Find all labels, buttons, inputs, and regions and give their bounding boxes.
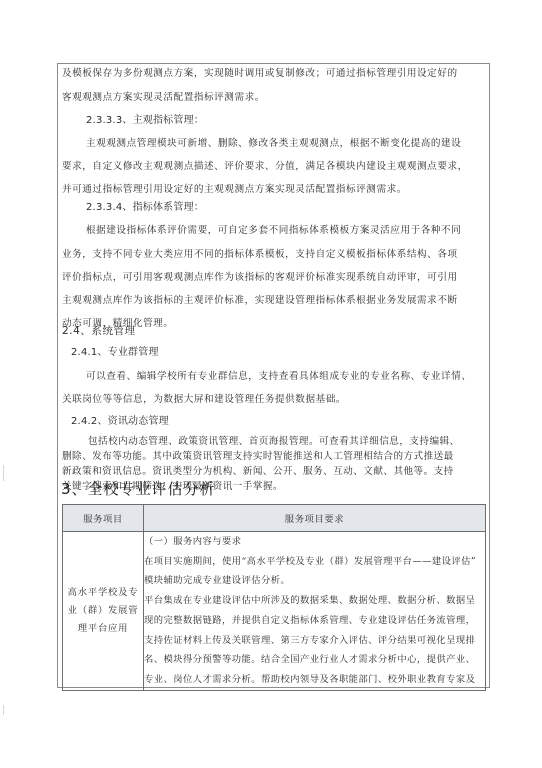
requirement-line: 名、模块得分预警等功能。结合全国产业行业人才需求分析中心，提供产业、 (144, 650, 485, 670)
paragraph-line: 业务，支持不同专业大类应用不同的指标体系模板，支持自定义模板指标体系结构、各项 (62, 248, 458, 261)
paragraph-line: 关联岗位等等信息，为数据大屏和建设管理任务提供数据基础。 (62, 393, 346, 406)
table-row: 高水平学校及专 业（群）发展管 理平台应用 （一）服务内容与要求 在项目实施期间… (63, 532, 486, 691)
service-requirements-table: 服务项目 服务项目要求 高水平学校及专 业（群）发展管 理平台应用 （一）服务内… (62, 504, 486, 691)
subheading-2-4-1: 2.4.1、专业群管理 (71, 346, 159, 359)
scan-edge-mark (3, 705, 4, 715)
paragraph-line: 及模板保存为多份观测点方案，实现随时调用或复制修改；可通过指标管理引用设定好的 (62, 67, 458, 80)
section-heading-3: 3、全校专业评估分析 (61, 479, 216, 499)
paragraph-line: 可以查看、编辑学校所有专业群信息，支持查看具体组成专业的专业名称、专业详情、 (86, 370, 471, 383)
service-item-line: 业（群）发展管 (63, 602, 143, 620)
header-service-item: 服务项目 (63, 505, 144, 532)
paragraph-line: 要求，自定义修改主观观测点描述、评价要求、分值，满足各模块内建设主观观测点要求， (62, 160, 468, 173)
service-requirements-cell: （一）服务内容与要求 在项目实施期间，使用“高水平学校及专业（群）发展管理平台—… (144, 532, 486, 691)
paragraph-line: 主观观测点管理模块可新增、删除、修改各类主观观测点，根据不断变化提高的建设 (86, 137, 461, 150)
paragraph-line: 新政策和资讯信息。资讯类型分为机构、新闻、公开、服务、互动、文献、其他等。支持 (62, 465, 454, 478)
service-item-line: 理平台应用 (63, 620, 143, 638)
requirement-line: （一）服务内容与要求 (144, 532, 485, 552)
paragraph-line: 客观观测点方案实现灵活配置指标评测需求。 (62, 91, 265, 104)
scan-edge-mark (3, 465, 4, 481)
requirement-line: 现的完整数据链路，并提供自定义指标体系管理、专业建设评估任务流管理， (144, 611, 485, 631)
heading-2-4: 2.4、系统管理 (62, 325, 136, 338)
paragraph-line: 根据建设指标体系评价需要，可自定多套不同指标体系模板方案灵活应用于各种不同 (86, 224, 461, 237)
requirement-line: 平台集成在专业建设评估中所涉及的数据采集、数据处理、数据分析、数据呈 (144, 591, 485, 611)
subheading-2-3-3-3: 2.3.3.3、主观指标管理： (86, 114, 204, 127)
requirement-line: 支持佐证材料上传及关联管理、第三方专家介入评估、评分结果可视化呈现排 (144, 631, 485, 651)
paragraph-line: 评价指标点，可引用客观观测点库作为该指标的客观评价标准实现系统自动评审，可引用 (62, 271, 458, 284)
subheading-2-3-3-4: 2.3.3.4、指标体系管理： (86, 201, 204, 214)
requirement-line: 在项目实施期间，使用“高水平学校及专业（群）发展管理平台——建设评估” (144, 552, 485, 572)
paragraph-line: 并可通过指标管理引用设定好的主观观测点方案实现灵活配置指标评测需求。 (62, 183, 407, 196)
service-item-line: 高水平学校及专 (63, 584, 143, 602)
subheading-2-4-2: 2.4.2、资讯动态管理 (71, 415, 169, 428)
paragraph-line: 包括校内动态管理、政策资讯管理、首页海报管理。可查看其详细信息，支持编辑、 (88, 435, 460, 448)
requirement-line: 专业、岗位人才需求分析。帮助校内领导及各职能部门、校外职业教育专家及 (144, 670, 485, 690)
header-service-requirements: 服务项目要求 (144, 505, 486, 532)
table-header-row: 服务项目 服务项目要求 (63, 505, 486, 532)
service-item-cell: 高水平学校及专 业（群）发展管 理平台应用 (63, 532, 144, 691)
paragraph-line: 主观观测点库作为该指标的主观评价标准，实现建设管理指标体系根据业务发展需求不断 (62, 294, 458, 307)
paragraph-line: 删除、发布等功能。其中政策资讯管理支持实时智能推送和人工管理相结合的方式推送最 (62, 450, 454, 463)
requirement-line: 模块辅助完成专业建设评估分析。 (144, 571, 485, 591)
